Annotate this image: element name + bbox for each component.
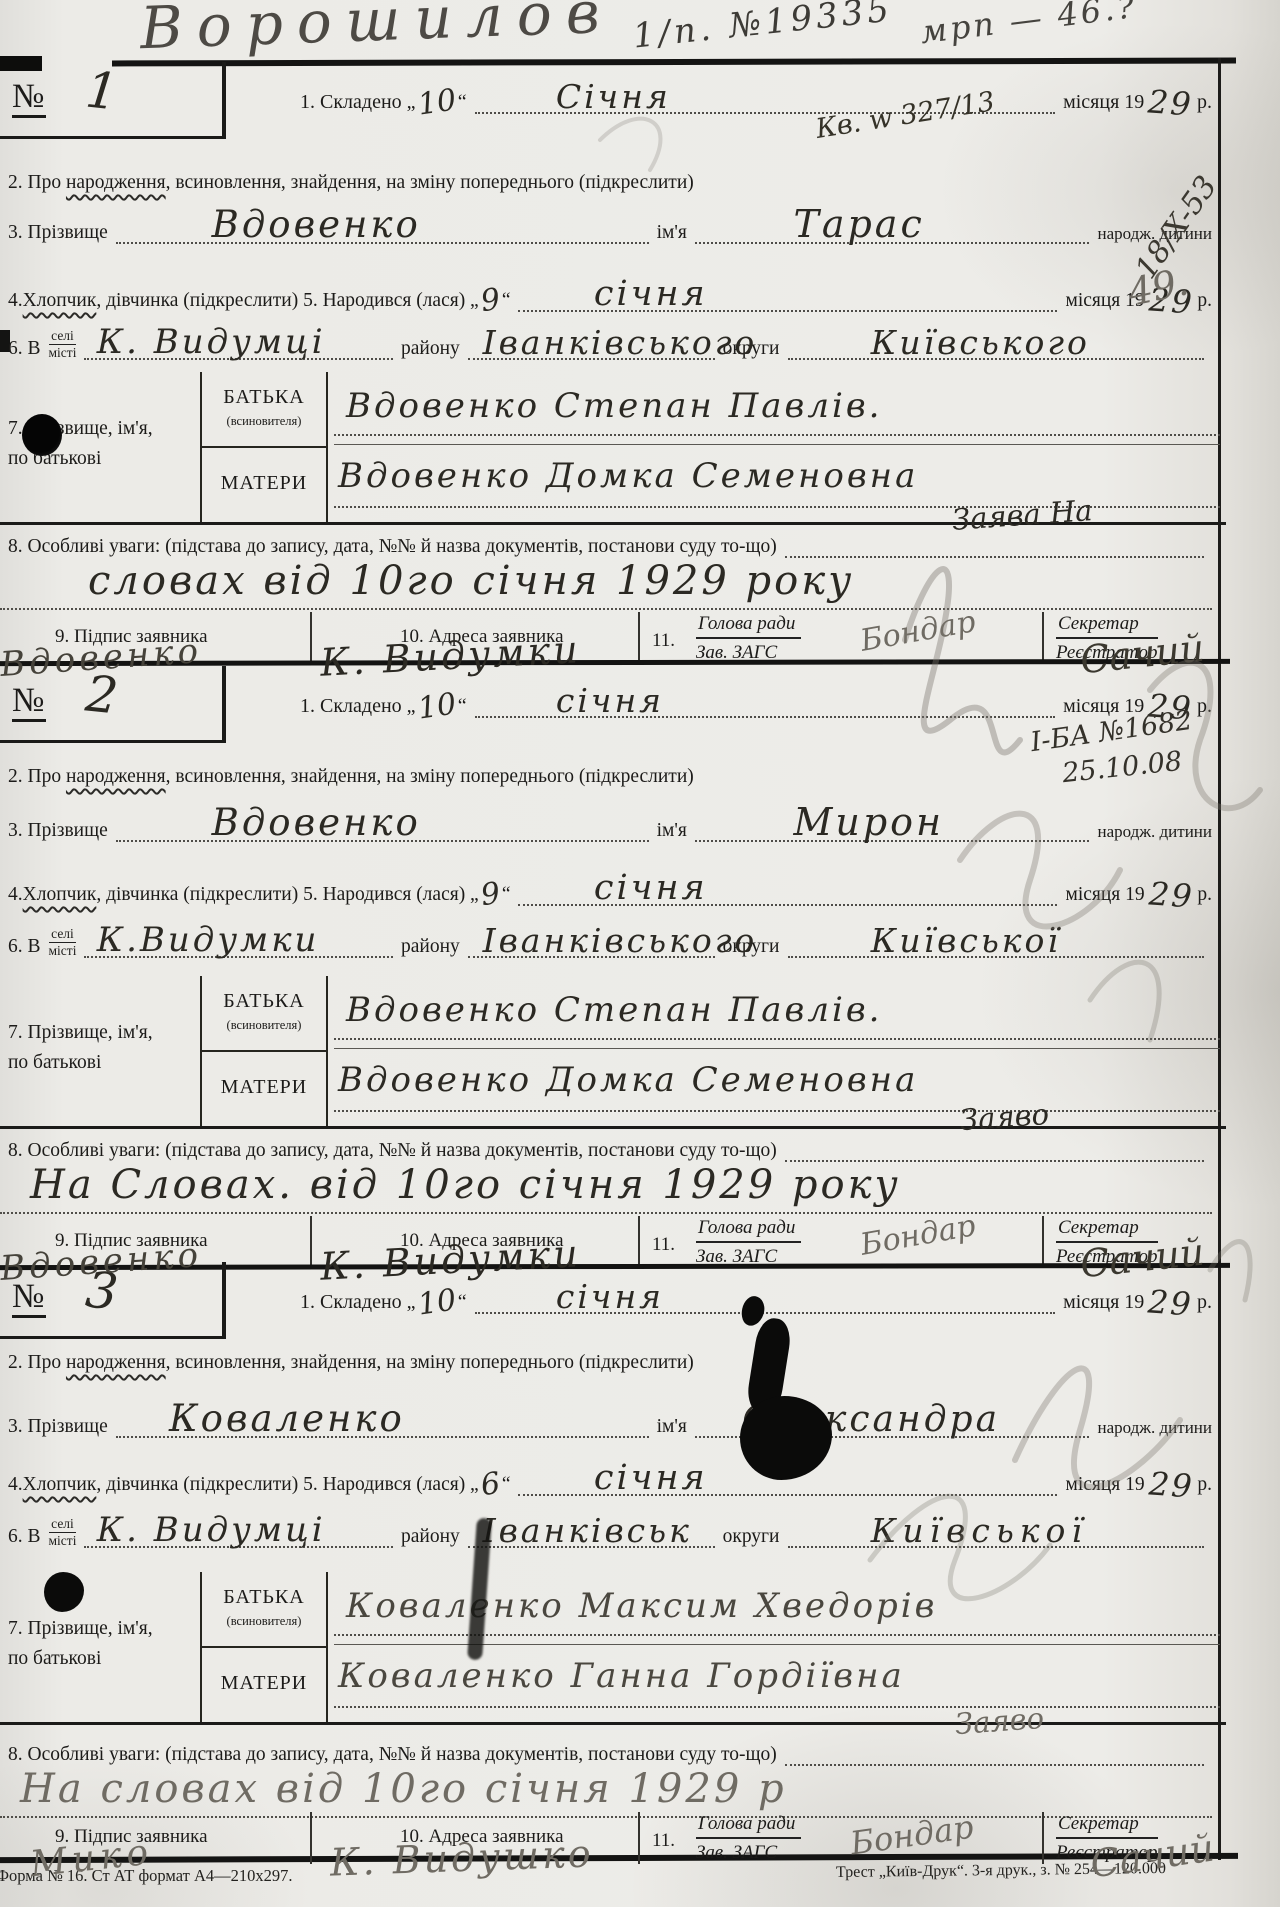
village-label: селі bbox=[49, 328, 77, 345]
record-number-cell: № 1 bbox=[0, 62, 226, 139]
born-day-value: 6 bbox=[478, 1466, 502, 1503]
father-writing-line bbox=[334, 434, 1220, 436]
line1-suffix: р. bbox=[1197, 884, 1212, 906]
mother-value: Вдовенко Домка Семеновна bbox=[338, 456, 918, 496]
surname-field: Вдовенко bbox=[116, 216, 649, 244]
born-month-field: січня bbox=[518, 878, 1057, 906]
record-entry-1: № 1 1. Складено „ 10 “ Січня місяця 19 2… bbox=[0, 60, 1228, 664]
mother-writing-line bbox=[334, 1110, 1220, 1112]
born-day-value: 9 bbox=[478, 282, 502, 319]
line2-underlined-word: народження bbox=[66, 766, 166, 787]
parents-label-line2: по батькові bbox=[8, 448, 101, 470]
top-inscription-suffix: мрп — 46.? bbox=[918, 0, 1139, 51]
place-field: К. Видумці bbox=[84, 1520, 393, 1548]
father-label: БАТЬКА bbox=[202, 1586, 326, 1609]
surname-field: Коваленко bbox=[116, 1410, 649, 1438]
line4-born-row: 4. Хлопчик, дівчинка (підкреслити) 5. На… bbox=[8, 876, 1212, 906]
line3-name-row: 3. Прізвище Коваленко ім'я Олександра на… bbox=[8, 1410, 1212, 1438]
okruga-value: Київської bbox=[871, 921, 1061, 960]
line6-pre: 6. В bbox=[8, 338, 41, 360]
father-label: БАТЬКА bbox=[202, 386, 326, 409]
zags-label: Зав. ЗАГС bbox=[696, 1839, 801, 1865]
record-number-value: 1 bbox=[83, 60, 121, 121]
top-inscription: Ворошилов 1/п. №19335 мрп — 46.? bbox=[140, 0, 1139, 54]
line4-rest: , дівчинка (підкреслити) 5. Народився (л… bbox=[96, 884, 478, 906]
remarks-label: 8. Особливі уваги: (підстава до запису, … bbox=[8, 1140, 777, 1162]
name-label: ім'я bbox=[657, 820, 687, 842]
line1-composed-row: 1. Складено „ 10 “ Січня місяця 19 29 р. bbox=[300, 84, 1212, 114]
line1-label: 1. Складено „ bbox=[300, 1291, 416, 1314]
line3-name-row: 3. Прізвище Вдовенко ім'я Тарас народж. … bbox=[8, 216, 1212, 244]
line4-pre: 4. bbox=[8, 290, 23, 312]
line1-label: 1. Складено „ bbox=[300, 695, 416, 718]
surname-label: 3. Прізвище bbox=[8, 222, 108, 244]
line3-name-row: 3. Прізвище Вдовенко ім'я Мирон народж. … bbox=[8, 814, 1212, 842]
father-writing-line2 bbox=[334, 1048, 1220, 1049]
town-label: місті bbox=[49, 943, 77, 959]
line4-born-row: 4. Хлопчик, дівчинка (підкреслити) 5. На… bbox=[8, 282, 1212, 312]
made-month-field: січня bbox=[475, 1286, 1055, 1314]
signature-cell-divider bbox=[638, 612, 640, 664]
signature-cell-divider bbox=[310, 1812, 312, 1864]
father-sublabel: (всиновителя) bbox=[202, 414, 326, 429]
okruga-label: округи bbox=[723, 1526, 780, 1548]
village-label: селі bbox=[49, 926, 77, 943]
line6-pre: 6. В bbox=[8, 936, 41, 958]
rayon-field: Іванківського bbox=[468, 930, 715, 958]
village-town-fraction: селі місті bbox=[49, 328, 77, 360]
born-year-value: 29 bbox=[1147, 1464, 1194, 1505]
line4-pre: 4. bbox=[8, 1474, 23, 1496]
father-writing-line2 bbox=[334, 444, 1220, 445]
mother-label: МАТЕРИ bbox=[202, 1672, 326, 1695]
line2-statement: 2. Про народження, всиновлення, знайденн… bbox=[8, 172, 694, 194]
head-label: Голова ради bbox=[696, 1812, 801, 1839]
born-month-value: січня bbox=[594, 868, 708, 908]
head-label: Голова ради bbox=[696, 612, 801, 639]
place-value: К. Видумці bbox=[97, 1510, 326, 1550]
line2-rest: , всиновлення, знайдення, на зміну попер… bbox=[166, 766, 694, 787]
surname-label: 3. Прізвище bbox=[8, 1416, 108, 1438]
father-sublabel: (всиновителя) bbox=[202, 1018, 326, 1033]
head-signature: Бондар bbox=[858, 1208, 978, 1263]
rayon-value: Іванківського bbox=[483, 921, 758, 960]
line2-statement: 2. Про народження, всиновлення, знайденн… bbox=[8, 1352, 694, 1374]
name-value: Тарас bbox=[793, 202, 924, 246]
born-day-value: 9 bbox=[478, 876, 502, 913]
remarks-baseline bbox=[0, 1212, 1212, 1214]
made-month-value: січня bbox=[556, 681, 664, 720]
father-label: БАТЬКА bbox=[202, 990, 326, 1013]
signature-cell-divider bbox=[1042, 1812, 1044, 1864]
remarks-field bbox=[785, 1134, 1204, 1162]
father-value: Вдовенко Степан Павлів. bbox=[346, 990, 882, 1030]
line1-month-label: місяця 19 bbox=[1063, 91, 1144, 114]
father-writing-line bbox=[334, 1634, 1220, 1636]
surname-field: Вдовенко bbox=[116, 814, 649, 842]
signature-cell-divider bbox=[638, 1812, 640, 1864]
okruga-value: Київського bbox=[871, 323, 1090, 362]
line1-suffix: р. bbox=[1197, 1474, 1212, 1496]
line1-month-label: місяця 19 bbox=[1063, 1291, 1144, 1314]
father-value: Вдовенко Степан Павлів. bbox=[346, 386, 882, 426]
name-field: Тарас bbox=[695, 216, 1090, 244]
parents-label-line2: по батькові bbox=[8, 1648, 101, 1670]
rayon-label: району bbox=[401, 338, 460, 360]
remark-top-value: Заяво bbox=[959, 1097, 1050, 1137]
signature-cell-divider bbox=[1042, 612, 1044, 664]
line4-underlined-word: Хлопчик bbox=[23, 1474, 97, 1496]
okruga-field: Київської bbox=[788, 1520, 1205, 1548]
quote-close: “ bbox=[502, 290, 511, 312]
head-of-council-fraction: Голова ради Зав. ЗАГС bbox=[696, 1812, 801, 1865]
made-day-value: 10 bbox=[415, 83, 458, 123]
line6-place-row: 6. В селі місті К. Видумці району Іванкі… bbox=[8, 328, 1212, 360]
scanned-register-page: Ворошилов 1/п. №19335 мрп — 46.? № 1 1. … bbox=[0, 0, 1280, 1907]
line2-rest: , всиновлення, знайдення, на зміну попер… bbox=[166, 172, 694, 193]
town-label: місті bbox=[49, 345, 77, 361]
line8-remarks-row: 8. Особливі уваги: (підстава до запису, … bbox=[8, 1134, 1212, 1162]
parents-cell-divider bbox=[200, 446, 328, 448]
mother-value: Вдовенко Домка Семеновна bbox=[338, 1060, 918, 1100]
line4-rest: , дівчинка (підкреслити) 5. Народився (л… bbox=[96, 1474, 478, 1496]
remarks-label: 8. Особливі уваги: (підстава до запису, … bbox=[8, 536, 777, 558]
remark-top-value: Заяво bbox=[954, 1701, 1045, 1741]
line1-label: 1. Складено „ bbox=[300, 91, 416, 114]
line2-underlined-word: народження bbox=[66, 172, 166, 193]
name-label: ім'я bbox=[657, 1416, 687, 1438]
born-month-value: січня bbox=[594, 1458, 708, 1498]
line4-rest: , дівчинка (підкреслити) 5. Народився (л… bbox=[96, 290, 478, 312]
line8-remarks-row: 8. Особливі уваги: (підстава до запису, … bbox=[8, 1738, 1212, 1766]
village-town-fraction: селі місті bbox=[49, 1516, 77, 1548]
line2-pre: 2. Про bbox=[8, 172, 66, 193]
father-writing-line2 bbox=[334, 1644, 1220, 1645]
item11-label: 11. bbox=[652, 1830, 675, 1852]
remarks-label: 8. Особливі уваги: (підстава до запису, … bbox=[8, 1744, 777, 1766]
line1-month-label: місяця 19 bbox=[1065, 884, 1144, 906]
rayon-value: Іванківськ bbox=[483, 1511, 692, 1550]
made-day-value: 10 bbox=[415, 687, 458, 727]
line1-suffix: р. bbox=[1197, 695, 1212, 718]
line6-place-row: 6. В селі місті К. Видумці району Іванкі… bbox=[8, 1516, 1212, 1548]
head-signature: Бондар bbox=[858, 604, 978, 659]
place-field: К.Видумки bbox=[84, 930, 393, 958]
name-value: Мирон bbox=[793, 800, 944, 844]
village-label: селі bbox=[49, 1516, 77, 1533]
line4-underlined-word: Хлопчик bbox=[23, 884, 97, 906]
born-month-field: січня bbox=[518, 284, 1057, 312]
parents-cell-divider bbox=[200, 1646, 328, 1648]
line1-suffix: р. bbox=[1197, 1291, 1212, 1314]
place-field: К. Видумці bbox=[84, 332, 393, 360]
made-month-value: січня bbox=[556, 1277, 664, 1316]
line2-pre: 2. Про bbox=[8, 1352, 66, 1373]
line1-suffix: р. bbox=[1197, 91, 1212, 114]
surname-value: Вдовенко bbox=[212, 801, 421, 844]
remark-line-value: словах від 10го січня 1929 року bbox=[88, 558, 854, 604]
line6-pre: 6. В bbox=[8, 1526, 41, 1548]
rayon-label: району bbox=[401, 936, 460, 958]
name-field: Мирон bbox=[695, 814, 1090, 842]
quote-close: “ bbox=[458, 1291, 467, 1314]
head-signature: Бондар bbox=[848, 1808, 976, 1863]
surname-value: Коваленко bbox=[169, 1397, 405, 1440]
line6-place-row: 6. В селі місті К.Видумки району Іванків… bbox=[8, 926, 1212, 958]
line1-suffix: р. bbox=[1197, 290, 1212, 312]
mother-value: Коваленко Ганна Гордіївна bbox=[338, 1656, 905, 1696]
made-year-value: 29 bbox=[1147, 1282, 1194, 1323]
record-entry-3: № 3 1. Складено „ 10 “ січня місяця 19 2… bbox=[0, 1260, 1228, 1864]
place-value: К.Видумки bbox=[97, 920, 320, 960]
made-month-field: січня bbox=[475, 690, 1055, 718]
hole-punch bbox=[22, 414, 62, 456]
top-inscription-name: Ворошилов bbox=[139, 0, 615, 62]
mother-label: МАТЕРИ bbox=[202, 1076, 326, 1099]
mother-writing-line bbox=[334, 1706, 1220, 1708]
remark-line-value: На Словах. від 10го січня 1929 року bbox=[30, 1162, 901, 1208]
number-sign: № bbox=[12, 78, 46, 118]
place-value: К. Видумці bbox=[97, 322, 326, 362]
remark-line-value: На словах від 10го січня 1929 р bbox=[20, 1766, 787, 1812]
line4-pre: 4. bbox=[8, 884, 23, 906]
okruga-field: Київського bbox=[788, 332, 1205, 360]
town-label: місті bbox=[49, 1533, 77, 1549]
remarks-field bbox=[785, 530, 1204, 558]
line4-born-row: 4. Хлопчик, дівчинка (підкреслити) 5. На… bbox=[8, 1466, 1212, 1496]
father-sublabel: (всиновителя) bbox=[202, 1614, 326, 1629]
child-birth-label: народж. дитини bbox=[1097, 822, 1212, 842]
born-month-value: січня bbox=[594, 274, 708, 314]
line2-statement: 2. Про народження, всиновлення, знайденн… bbox=[8, 766, 694, 788]
parents-label-line1: 7. Прізвище, ім'я, bbox=[8, 1618, 153, 1640]
line2-pre: 2. Про bbox=[8, 766, 66, 787]
line1-composed-row: 1. Складено „ 10 “ січня місяця 19 29 р. bbox=[300, 688, 1212, 718]
surname-label: 3. Прізвище bbox=[8, 820, 108, 842]
item11-label: 11. bbox=[652, 630, 675, 652]
parents-cell-divider bbox=[200, 1050, 328, 1052]
signature-cell-divider bbox=[310, 612, 312, 664]
side-note-2: 25.10.08 bbox=[1061, 746, 1184, 789]
item11-label: 11. bbox=[652, 1234, 675, 1256]
remarks-field bbox=[785, 1738, 1204, 1766]
line8-remarks-row: 8. Особливі уваги: (підстава до запису, … bbox=[8, 530, 1212, 558]
born-year-value: 29 bbox=[1147, 874, 1194, 915]
parents-label-line1: 7. Прізвище, ім'я, bbox=[8, 1022, 153, 1044]
rayon-field: Іванківського bbox=[468, 332, 715, 360]
father-writing-line bbox=[334, 1038, 1220, 1040]
line4-underlined-word: Хлопчик bbox=[23, 290, 97, 312]
made-month-value: Січня bbox=[556, 77, 671, 116]
quote-close: “ bbox=[458, 91, 467, 114]
okruga-value: Київської bbox=[871, 1511, 1088, 1550]
signature-row: 9. Підпис заявника 10. Адреса заявника 1… bbox=[0, 612, 1226, 664]
quote-close: “ bbox=[502, 884, 511, 906]
line1-month-label: місяця 19 bbox=[1065, 1474, 1144, 1496]
father-value: Коваленко Максим Хведорів bbox=[346, 1586, 937, 1626]
village-town-fraction: селі місті bbox=[49, 926, 77, 958]
quote-close: “ bbox=[458, 695, 467, 718]
child-birth-label: народж. дитини bbox=[1097, 1418, 1212, 1438]
quote-close: “ bbox=[502, 1474, 511, 1496]
surname-value: Вдовенко bbox=[212, 203, 421, 246]
made-day-value: 10 bbox=[415, 1283, 458, 1323]
head-label: Голова ради bbox=[696, 1216, 801, 1243]
rayon-field: Іванківськ bbox=[468, 1520, 715, 1548]
name-label: ім'я bbox=[657, 222, 687, 244]
okruga-field: Київської bbox=[788, 930, 1205, 958]
applicant-address-value: К. Видушко bbox=[329, 1831, 594, 1884]
remarks-baseline bbox=[0, 608, 1212, 610]
record-entry-2: № 2 1. Складено „ 10 “ січня місяця 19 2… bbox=[0, 664, 1228, 1268]
line2-rest: , всиновлення, знайдення, на зміну попер… bbox=[166, 1352, 694, 1373]
top-inscription-number: 1/п. №19335 bbox=[631, 0, 895, 57]
made-year-value: 29 bbox=[1147, 82, 1194, 123]
head-of-council-fraction: Голова ради Зав. ЗАГС bbox=[696, 612, 801, 665]
rayon-label: району bbox=[401, 1526, 460, 1548]
signature-row: 9. Підпис заявника 10. Адреса заявника 1… bbox=[0, 1812, 1226, 1864]
parents-label-line2: по батькові bbox=[8, 1052, 101, 1074]
mother-label: МАТЕРИ bbox=[202, 472, 326, 495]
number-sign: № bbox=[12, 682, 46, 722]
line2-underlined-word: народження bbox=[66, 1352, 166, 1373]
rayon-value: Іванківського bbox=[483, 323, 758, 362]
